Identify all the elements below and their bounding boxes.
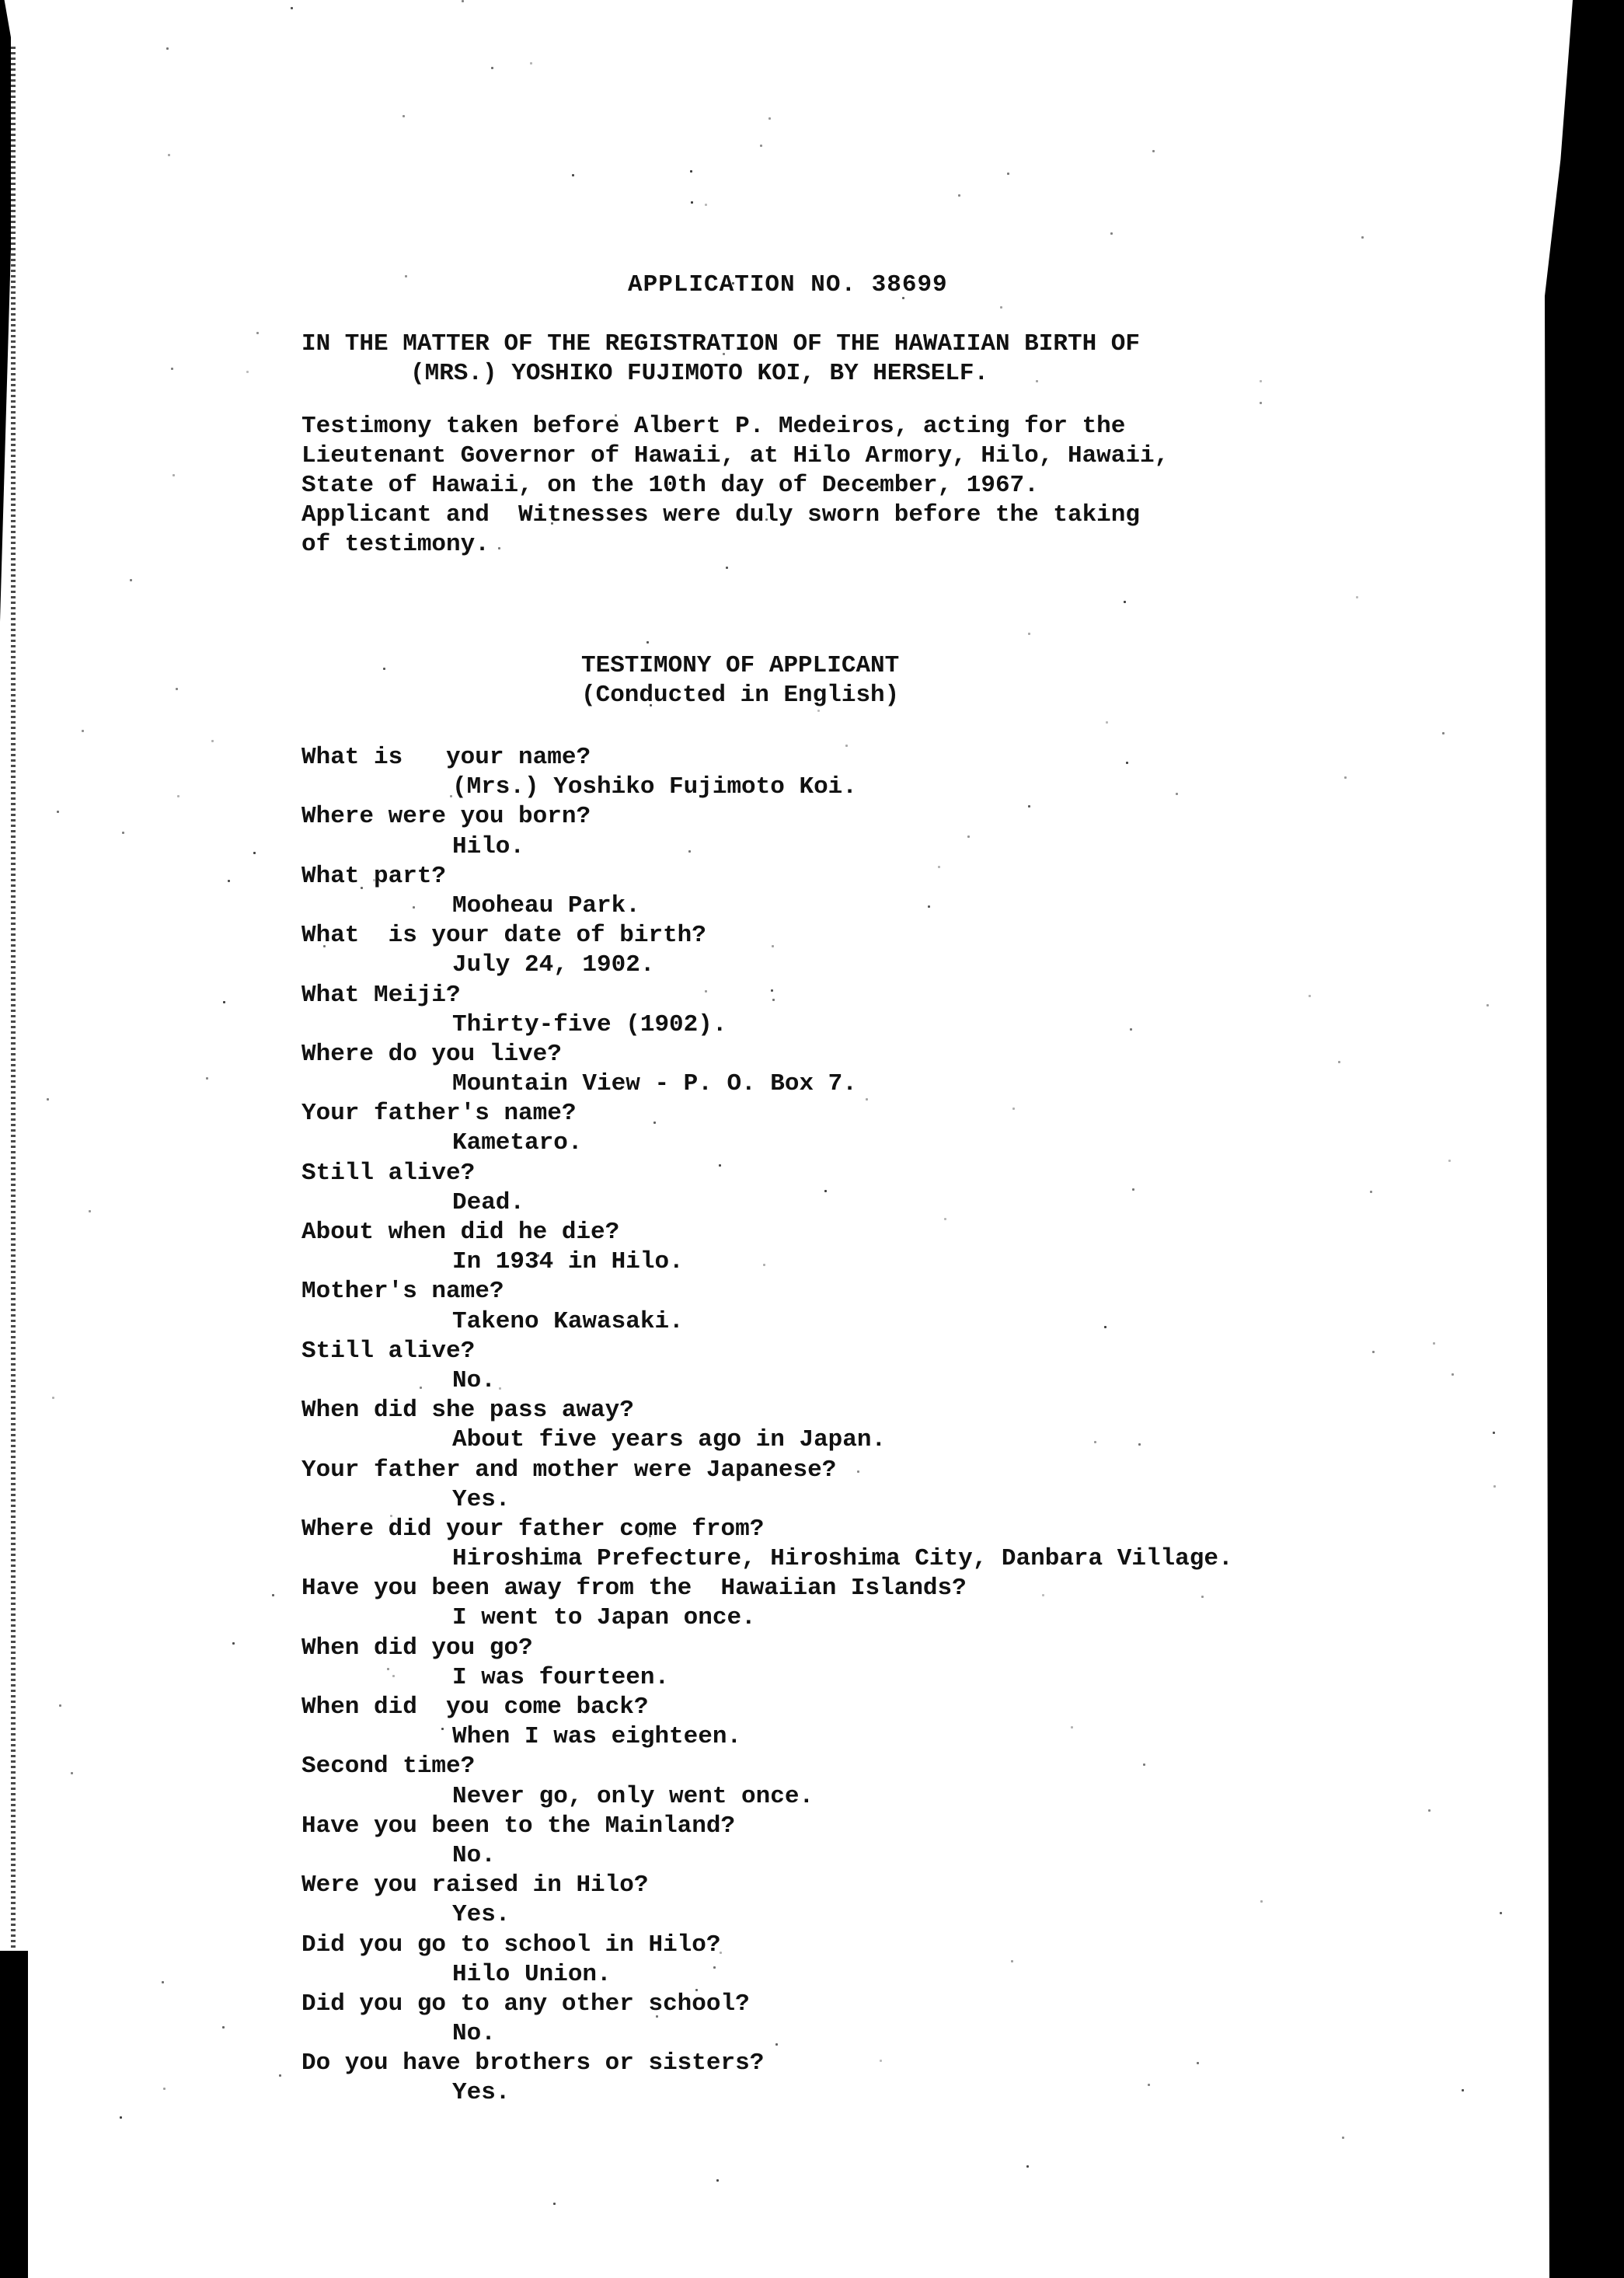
- scan-noise: [720, 1952, 722, 1954]
- scan-noise: [772, 999, 775, 1001]
- scan-noise: [944, 1218, 946, 1220]
- scan-noise: [530, 62, 532, 65]
- scan-noise: [392, 1675, 395, 1677]
- scan-noise: [166, 47, 169, 50]
- testimony-item: Were you raised in Hilo?Yes.: [301, 1871, 1389, 1930]
- testimony-item: About when did he die?In 1934 in Hilo.: [301, 1218, 1389, 1277]
- scan-noise: [902, 297, 904, 299]
- answer: When I was eighteen.: [301, 1722, 1389, 1752]
- question: Still alive?: [301, 1337, 1389, 1366]
- scan-noise: [177, 795, 179, 797]
- scan-noise: [768, 117, 771, 120]
- intro-line: State of Hawaii, on the 10th day of Dece…: [301, 471, 1389, 501]
- matter-line-2: (MRS.) YOSHIKO FUJIMOTO KOI, BY HERSELF.: [301, 359, 1312, 389]
- scan-noise: [253, 852, 256, 854]
- scan-noise: [1026, 2165, 1029, 2168]
- testimony-item: Did you go to school in Hilo?Hilo Union.: [301, 1931, 1389, 1990]
- testimony-item: Your father's name?Kametaro.: [301, 1099, 1389, 1158]
- scan-noise: [387, 1668, 389, 1670]
- testimony-item: What is your date of birth?July 24, 1902…: [301, 921, 1389, 980]
- scan-noise: [880, 2060, 882, 2062]
- section-heading: TESTIMONY OF APPLICANT: [581, 651, 899, 681]
- answer: Takeno Kawasaki.: [301, 1307, 1389, 1337]
- testimony-item: Where did your father come from?Hiroshim…: [301, 1515, 1389, 1574]
- question: Your father's name?: [301, 1099, 1389, 1129]
- question: Where do you live?: [301, 1040, 1389, 1069]
- answer: Yes.: [301, 1485, 1389, 1515]
- testimony-item: Still alive?No.: [301, 1337, 1389, 1396]
- answer: Mountain View - P. O. Box 7.: [301, 1069, 1389, 1099]
- scan-noise: [572, 174, 574, 176]
- question: When did you come back?: [301, 1693, 1389, 1722]
- scan-noise: [450, 795, 452, 797]
- scan-noise: [1370, 1191, 1372, 1193]
- scan-noise: [967, 835, 970, 838]
- testimony-item: What is your name?(Mrs.) Yoshiko Fujimot…: [301, 743, 1389, 802]
- scan-noise: [130, 579, 132, 581]
- scan-noise: [1428, 1809, 1431, 1812]
- question: What part?: [301, 862, 1389, 891]
- document-page: APPLICATION NO. 38699 IN THE MATTER OF T…: [0, 0, 1624, 2278]
- answer: No.: [301, 2019, 1389, 2049]
- scan-noise: [1338, 1061, 1340, 1063]
- testimony-item: Have you been to the Mainland?No.: [301, 1812, 1389, 1871]
- testimony-item: Do you have brothers or sisters?Yes.: [301, 2049, 1389, 2108]
- scan-noise: [690, 170, 692, 173]
- scan-noise: [403, 115, 405, 117]
- answer: (Mrs.) Yoshiko Fujimoto Koi.: [301, 773, 1389, 802]
- intro-line: Lieutenant Governor of Hawaii, at Hilo A…: [301, 441, 1389, 471]
- scan-noise: [866, 1098, 868, 1101]
- scan-noise: [1110, 232, 1113, 235]
- question: Still alive?: [301, 1159, 1389, 1188]
- scan-noise: [211, 740, 214, 742]
- testimony-item: Have you been away from the Hawaiian Isl…: [301, 1574, 1389, 1633]
- scan-noise: [232, 1642, 235, 1645]
- intro-line: Applicant and Witnesses were duly sworn …: [301, 501, 1389, 530]
- scan-noise: [1197, 2062, 1199, 2064]
- scan-noise: [1260, 402, 1262, 404]
- testimony-item: What Meiji?Thirty-five (1902).: [301, 981, 1389, 1040]
- scan-noise: [223, 1001, 225, 1003]
- answer: About five years ago in Japan.: [301, 1425, 1389, 1455]
- scan-noise: [775, 2043, 778, 2046]
- scan-noise: [1126, 762, 1128, 764]
- testimony-section-heading: TESTIMONY OF APPLICANT (Conducted in Eng…: [581, 651, 899, 710]
- matter-line-1: IN THE MATTER OF THE REGISTRATION OF THE…: [301, 330, 1312, 359]
- question: Have you been away from the Hawaiian Isl…: [301, 1574, 1389, 1603]
- scan-noise: [373, 879, 375, 881]
- scan-noise: [723, 353, 725, 355]
- scan-noise: [162, 1981, 164, 1983]
- answer: Hilo Union.: [301, 1960, 1389, 1990]
- scan-noise: [1451, 1373, 1454, 1376]
- scan-noise: [1012, 1108, 1015, 1110]
- answer: Dead.: [301, 1188, 1389, 1218]
- scan-noise: [491, 67, 493, 69]
- scan-noise: [551, 522, 553, 525]
- scan-noise: [228, 880, 230, 882]
- testimony-item: Where were you born?Hilo.: [301, 802, 1389, 861]
- scan-noise: [1201, 1596, 1204, 1598]
- scan-noise: [1143, 1763, 1145, 1766]
- testimony-item: Still alive?Dead.: [301, 1159, 1389, 1218]
- scan-noise: [1007, 173, 1009, 175]
- question: Where were you born?: [301, 802, 1389, 832]
- scan-noise: [771, 989, 773, 992]
- scan-noise: [403, 999, 406, 1001]
- scan-noise: [390, 1515, 392, 1517]
- testimony-item: Second time?Never go, only went once.: [301, 1752, 1389, 1811]
- testimony-list: What is your name?(Mrs.) Yoshiko Fujimot…: [301, 743, 1389, 2109]
- scan-noise: [1493, 1432, 1495, 1434]
- scan-noise: [462, 0, 464, 2]
- scan-noise: [760, 145, 762, 147]
- answer: Yes.: [301, 1900, 1389, 1930]
- scan-noise: [1130, 1028, 1132, 1031]
- scan-noise: [857, 1470, 859, 1473]
- scan-noise: [1176, 793, 1178, 795]
- answer: Never go, only went once.: [301, 1782, 1389, 1812]
- question: What is your name?: [301, 743, 1389, 773]
- answer: Hilo.: [301, 832, 1389, 862]
- scan-noise: [168, 154, 170, 156]
- scan-noise: [82, 730, 84, 732]
- scan-noise: [246, 371, 249, 373]
- answer: Thirty-five (1902).: [301, 1010, 1389, 1040]
- answer: Mooheau Park.: [301, 891, 1389, 921]
- scan-noise: [1356, 596, 1358, 598]
- scan-noise: [1036, 380, 1038, 382]
- application-number-title: APPLICATION NO. 38699: [628, 270, 948, 300]
- scan-noise: [59, 1704, 61, 1707]
- scan-noise: [413, 906, 415, 909]
- scan-noise: [1344, 776, 1347, 779]
- testimony-item: Did you go to any other school?No.: [301, 1990, 1389, 2049]
- scan-noise: [1106, 721, 1108, 724]
- scan-noise: [1442, 732, 1445, 734]
- intro-paragraph: Testimony taken before Albert P. Medeiro…: [301, 412, 1389, 560]
- intro-line: of testimony.: [301, 530, 1389, 560]
- scan-noise: [52, 1397, 54, 1399]
- answer: In 1934 in Hilo.: [301, 1247, 1389, 1277]
- scan-noise: [713, 1966, 716, 1969]
- scan-noise: [272, 1594, 274, 1596]
- scan-noise: [1433, 1342, 1435, 1345]
- question: Mother's name?: [301, 1277, 1389, 1306]
- question: Where did your father come from?: [301, 1515, 1389, 1544]
- scan-noise: [163, 2088, 166, 2090]
- scan-noise: [695, 1989, 698, 1991]
- question: Did you go to school in Hilo?: [301, 1931, 1389, 1960]
- scan-noise: [498, 547, 500, 549]
- scan-noise: [383, 668, 385, 670]
- scan-noise: [1132, 1188, 1134, 1191]
- scan-noise: [222, 2026, 225, 2029]
- testimony-item: When did she pass away?About five years …: [301, 1396, 1389, 1455]
- scan-noise: [1071, 1726, 1073, 1729]
- scan-noise: [656, 2015, 658, 2018]
- testimony-item: When did you go?I was fourteen.: [301, 1634, 1389, 1693]
- scan-noise: [47, 1098, 49, 1101]
- question: Your father and mother were Japanese?: [301, 1456, 1389, 1485]
- scan-noise: [1094, 1441, 1096, 1443]
- testimony-item: What part?Mooheau Park.: [301, 862, 1389, 921]
- scan-noise: [928, 905, 930, 908]
- question: When did you go?: [301, 1634, 1389, 1663]
- scan-noise: [646, 641, 649, 644]
- answer: I went to Japan once.: [301, 1603, 1389, 1633]
- testimony-item: Where do you live?Mountain View - P. O. …: [301, 1040, 1389, 1099]
- testimony-item: Mother's name?Takeno Kawasaki.: [301, 1277, 1389, 1336]
- scan-noise: [1309, 995, 1311, 997]
- scan-noise: [817, 710, 820, 712]
- scan-noise: [1462, 2089, 1464, 2091]
- intro-line: Testimony taken before Albert P. Medeiro…: [301, 412, 1389, 441]
- question: Have you been to the Mainland?: [301, 1812, 1389, 1841]
- question: Were you raised in Hilo?: [301, 1871, 1389, 1900]
- question: When did she pass away?: [301, 1396, 1389, 1425]
- question: Did you go to any other school?: [301, 1990, 1389, 2019]
- answer: Yes.: [301, 2078, 1389, 2108]
- testimony-item: When did you come back?When I was eighte…: [301, 1693, 1389, 1752]
- scan-noise: [256, 332, 259, 334]
- answer: I was fourteen.: [301, 1663, 1389, 1693]
- question: Second time?: [301, 1752, 1389, 1781]
- matter-heading: IN THE MATTER OF THE REGISTRATION OF THE…: [301, 330, 1312, 389]
- testimony-item: Your father and mother were Japanese?Yes…: [301, 1456, 1389, 1515]
- scan-noise: [176, 688, 178, 690]
- scan-noise: [719, 1164, 721, 1167]
- scan-noise: [705, 204, 707, 206]
- scan-noise: [1260, 1900, 1263, 1903]
- question: About when did he die?: [301, 1218, 1389, 1247]
- scan-noise: [1187, 1562, 1189, 1565]
- scan-noise: [649, 1535, 651, 1537]
- answer: Kametaro.: [301, 1129, 1389, 1158]
- section-subheading: (Conducted in English): [581, 681, 899, 710]
- scan-noise: [171, 368, 173, 370]
- scan-noise: [537, 1254, 539, 1257]
- scan-noise: [765, 518, 768, 521]
- answer: No.: [301, 1366, 1389, 1396]
- question: Do you have brothers or sisters?: [301, 2049, 1389, 2078]
- scan-noise: [650, 704, 652, 706]
- answer: July 24, 1902.: [301, 951, 1389, 980]
- scan-noise: [732, 282, 734, 284]
- scan-noise: [688, 850, 691, 853]
- scan-noise: [405, 275, 407, 277]
- answer: No.: [301, 1841, 1389, 1871]
- scan-noise: [1448, 1160, 1451, 1162]
- scan-noise: [323, 945, 326, 947]
- scan-noise: [291, 7, 293, 9]
- scan-noise: [726, 567, 728, 569]
- answer: Hiroshima Prefecture, Hiroshima City, Da…: [301, 1544, 1389, 1574]
- scan-noise: [1011, 1960, 1013, 1962]
- scan-noise: [1138, 1443, 1141, 1446]
- scan-noise: [1104, 1326, 1106, 1328]
- question: What is your date of birth?: [301, 921, 1389, 951]
- scan-noise: [763, 1264, 765, 1266]
- scan-noise: [1493, 1485, 1496, 1488]
- question: What Meiji?: [301, 981, 1389, 1010]
